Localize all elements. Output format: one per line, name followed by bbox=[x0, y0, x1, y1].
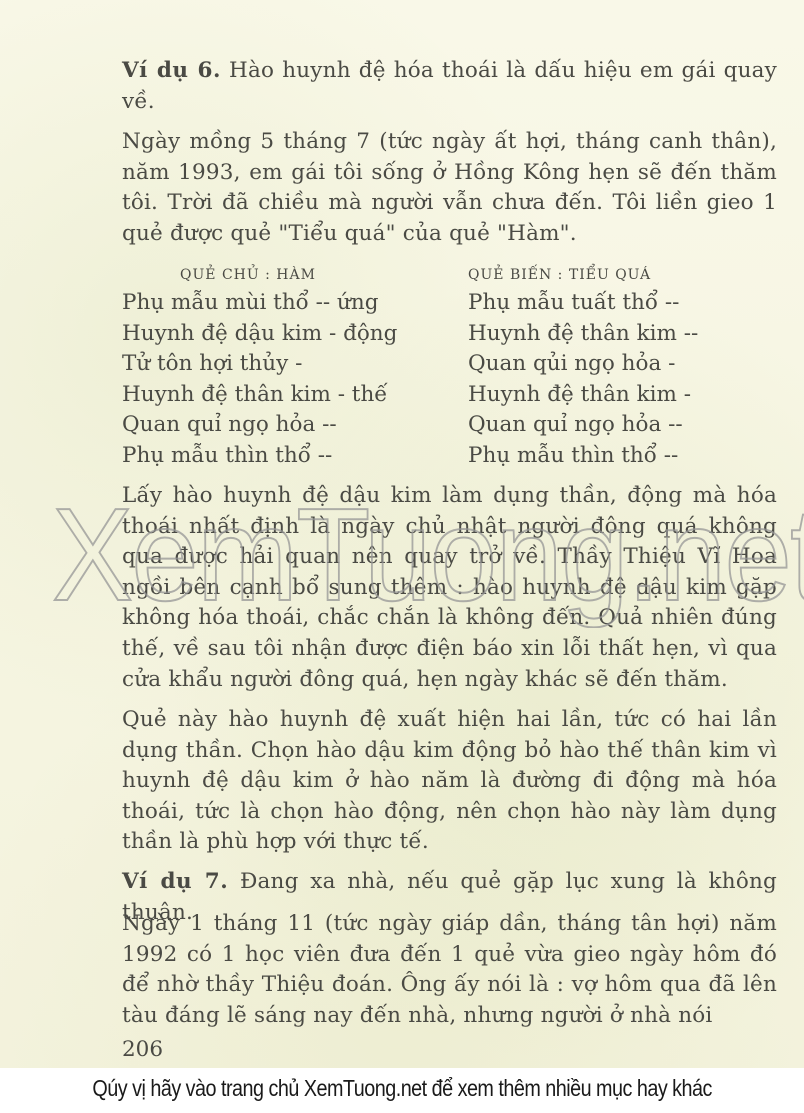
main-hexagram-line: Tử tôn hợi thủy - bbox=[122, 349, 397, 380]
changed-hexagram-line: Phụ mẫu thìn thổ -- bbox=[468, 441, 698, 472]
main-hexagram-line: Phụ mẫu mùi thổ -- ứng bbox=[122, 288, 397, 319]
changed-hexagram-line: Quan qủi ngọ hỏa - bbox=[468, 349, 698, 380]
example-6-paragraph-3: Quẻ này hào huynh đệ xuất hiện hai lần, … bbox=[122, 705, 777, 858]
main-hexagram-line: Quan quỉ ngọ hỏa -- bbox=[122, 410, 397, 441]
changed-hexagram-line: Huynh đệ thân kim - bbox=[468, 380, 698, 411]
example-7-paragraph-1: Ngày 1 tháng 11 (tức ngày giáp dần, thán… bbox=[122, 909, 777, 1031]
page-number: 206 bbox=[122, 1037, 163, 1062]
changed-hexagram-line: Quan quỉ ngọ hỏa -- bbox=[468, 410, 698, 441]
changed-hexagram-column: QUẺ BIẾN : TIỂU QUÁ Phụ mẫu tuất thổ -- … bbox=[468, 262, 698, 472]
main-hexagram-line: Phụ mẫu thìn thổ -- bbox=[122, 441, 397, 472]
footer-banner: Qúy vị hãy vào trang chủ XemTuong.net để… bbox=[0, 1068, 804, 1113]
example-7-label: Ví dụ 7. bbox=[122, 869, 228, 894]
changed-hexagram-line: Phụ mẫu tuất thổ -- bbox=[468, 288, 698, 319]
example-6-heading: Ví dụ 6. Hào huynh đệ hóa thoái là dấu h… bbox=[122, 56, 777, 117]
main-hexagram-header: QUẺ CHỦ : HÀM bbox=[122, 262, 397, 288]
main-hexagram-line: Huynh đệ thân kim - thế bbox=[122, 380, 397, 411]
example-6-paragraph-1: Ngày mồng 5 tháng 7 (tức ngày ất hợi, th… bbox=[122, 127, 777, 249]
book-page: Ví dụ 6. Hào huynh đệ hóa thoái là dấu h… bbox=[0, 0, 804, 1113]
example-6-title: Hào huynh đệ hóa thoái là dấu hiệu em gá… bbox=[122, 58, 777, 114]
example-6-label: Ví dụ 6. bbox=[122, 58, 221, 83]
main-hexagram-line: Huynh đệ dậu kim - động bbox=[122, 319, 397, 350]
changed-hexagram-header: QUẺ BIẾN : TIỂU QUÁ bbox=[468, 262, 698, 288]
main-hexagram-column: QUẺ CHỦ : HÀM Phụ mẫu mùi thổ -- ứng Huy… bbox=[122, 262, 397, 472]
footer-text: Qúy vị hãy vào trang chủ XemTuong.net để… bbox=[92, 1068, 711, 1108]
changed-hexagram-line: Huynh đệ thân kim -- bbox=[468, 319, 698, 350]
example-6-paragraph-2: Lấy hào huynh đệ dậu kim làm dụng thần, … bbox=[122, 481, 777, 695]
